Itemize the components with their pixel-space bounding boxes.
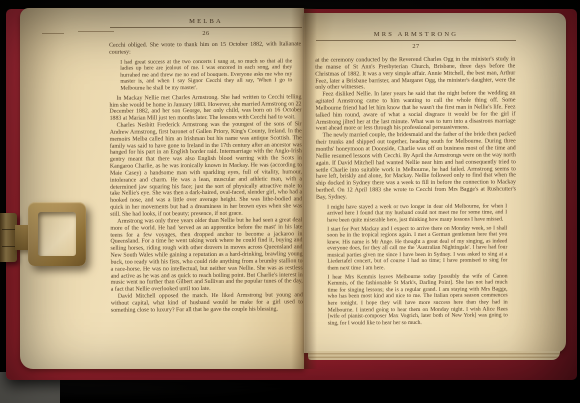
right-header-rule xyxy=(316,40,516,41)
paragraph: The newly married couple, the bridesmaid… xyxy=(316,132,516,202)
page-leaf-edges xyxy=(308,351,560,360)
paragraph: Cecchi obliged. She wrote to thank him o… xyxy=(109,41,301,56)
letter-quote: I had great success at the two concerts … xyxy=(120,58,292,92)
quote-paragraph: I hear Mrs Kemmis leaves Melbourne today… xyxy=(327,273,507,327)
book-photo: MELBA 26 Cecchi obliged. She wrote to th… xyxy=(0,0,580,403)
quote-paragraph: I might have stayed a week or two longer… xyxy=(327,203,507,224)
hinge-knuckle-line xyxy=(2,229,15,230)
left-page-text: Cecchi obliged. She wrote to thank him o… xyxy=(109,41,303,314)
clasp-frame-opening xyxy=(38,212,76,256)
paragraph: Feez disliked Nellie. In later years he … xyxy=(315,91,515,133)
left-page-number: 26 xyxy=(110,30,302,37)
right-page-text: at the ceremony conducted by the Reveren… xyxy=(315,56,517,330)
hinge-knuckle-line xyxy=(2,246,15,247)
brass-clasp-frame xyxy=(28,202,86,266)
left-page-header: MELBA 26 xyxy=(110,18,302,37)
paragraph: David Mitchell opposed the match. He lik… xyxy=(111,292,303,314)
quote-paragraph: I start for Port Mackay and I expect to … xyxy=(327,225,507,272)
left-running-head: MELBA xyxy=(110,18,302,25)
right-page-number: 27 xyxy=(316,43,516,50)
right-running-head: MRS ARMSTRONG xyxy=(316,31,516,38)
paragraph: at the ceremony conducted by the Reveren… xyxy=(315,56,515,91)
left-header-rule xyxy=(110,27,302,28)
paragraph: Charles Nesbitt Frederick Armstrong was … xyxy=(110,121,303,218)
page-edge-line xyxy=(78,31,114,32)
right-page-header: MRS ARMSTRONG 27 xyxy=(316,31,516,50)
paragraph: In Mackay Nellie met Charles Armstrong. … xyxy=(109,94,301,123)
paragraph: Armstrong was only three years older tha… xyxy=(110,217,303,294)
book-shadow xyxy=(60,378,580,403)
page-edge-line xyxy=(42,33,64,34)
letter-quote: I might have stayed a week or two longer… xyxy=(327,203,508,327)
